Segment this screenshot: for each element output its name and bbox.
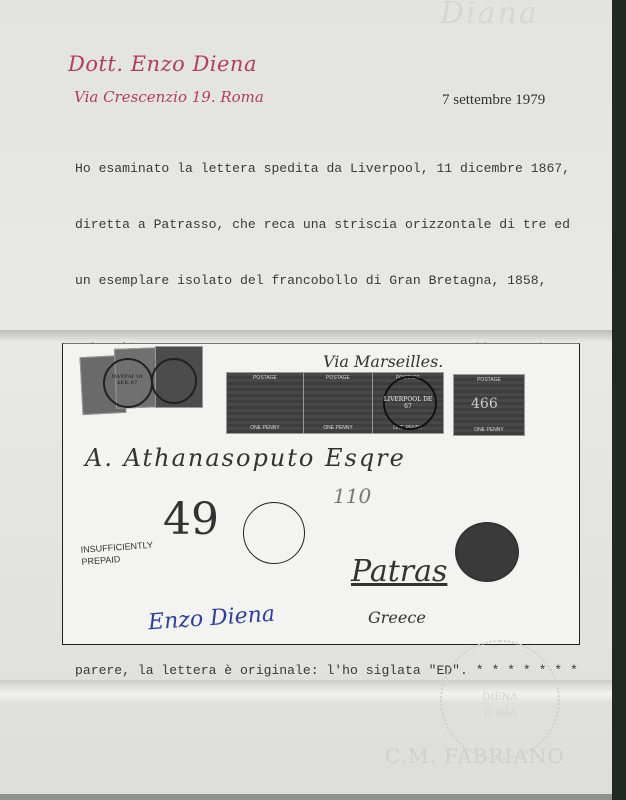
text-line: un esemplare isolato del francobollo di … <box>75 272 580 291</box>
transit-cancel-icon <box>243 502 305 564</box>
arrival-cancel-icon <box>455 522 519 582</box>
expert-signature: Enzo Diena <box>147 602 275 636</box>
gb-penny-stamp: POSTAGE ONE PENNY <box>303 372 373 434</box>
text-line: Ho esaminato la lettera spedita da Liver… <box>75 160 580 179</box>
addressee: A. Athanasoputo Esqre <box>85 444 406 472</box>
numeral-cancel-text: 466 <box>471 396 498 412</box>
patras-cancel-icon <box>151 358 197 404</box>
letterhead-address: Via Crescenzio 19. Roma <box>74 88 264 106</box>
gb-penny-stamp: POSTAGE ONE PENNY <box>226 372 304 434</box>
cover-photograph: ΠΑΤΡΑΙ 10 ΔΕΚ 67 Via Marseilles. POSTAGE… <box>62 343 580 645</box>
letterhead-name: Dott. Enzo Diena <box>68 52 257 76</box>
emboss-seal-line: ROMA <box>442 706 558 722</box>
certificate-date: 7 settembre 1979 <box>442 92 545 109</box>
pencil-mark: 110 <box>333 484 371 508</box>
emboss-seal: DIENA ROMA <box>440 640 560 760</box>
route-note: Via Marseilles. <box>323 352 443 371</box>
scan-edge <box>612 0 626 800</box>
instructional-mark: INSUFFICIENTLY PREPAID <box>80 536 191 568</box>
paper-watermark-top: Diana <box>440 0 539 31</box>
text-line: diretta a Patrasso, che reca una strisci… <box>75 216 580 235</box>
scan-edge <box>0 794 612 800</box>
liverpool-cancel-text: LIVERPOOL DE 67 <box>381 396 435 410</box>
paper-fold <box>0 330 612 342</box>
emboss-seal-line: DIENA <box>442 690 558 706</box>
destination-city: Patras <box>351 554 447 589</box>
greek-cancel-text: ΠΑΤΡΑΙ 10 ΔΕΚ 67 <box>109 374 145 386</box>
destination-country: Greece <box>368 608 426 627</box>
paper-watermark-bottom: C.M. FABRIANO <box>385 744 565 768</box>
